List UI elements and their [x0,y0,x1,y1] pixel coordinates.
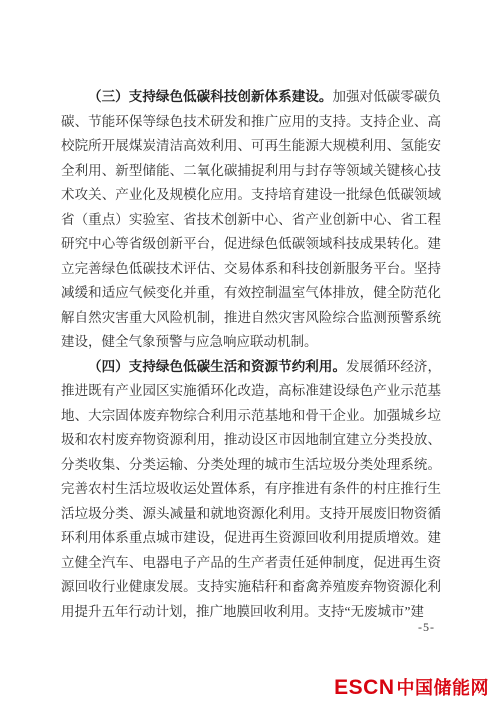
escn-logo-latin-text: ESCN [334,677,394,698]
paragraph-section-3: （三）支持绿色低碳科技创新体系建设。加强对低碳零碳负碳、节能环保等绿色技术研发和… [61,85,441,355]
document-body: （三）支持绿色低碳科技创新体系建设。加强对低碳零碳负碳、节能环保等绿色技术研发和… [61,85,441,624]
escn-logo-cjk-text: 中国储能网 [397,679,490,697]
page-number: -5- [61,620,435,635]
section-4-body-text: 发展循环经济，推进既有产业园区实施循环化改造，高标准建设绿色产业示范基地、大宗固… [61,359,441,619]
paragraph-section-4: （四）支持绿色低碳生活和资源节约利用。发展循环经济，推进既有产业园区实施循环化改… [61,355,441,625]
section-3-body-text: 加强对低碳零碳负碳、节能环保等绿色技术研发和推广应用的支持。支持企业、高校院所开… [61,89,441,349]
section-3-heading: （三）支持绿色低碳科技创新体系建设。 [88,89,332,104]
escn-logo: ESCN 中国储能网 [334,677,489,698]
section-4-heading: （四）支持绿色低碳生活和资源节约利用。 [88,359,346,374]
document-page: （三）支持绿色低碳科技创新体系建设。加强对低碳零碳负碳、节能环保等绿色技术研发和… [0,0,500,707]
